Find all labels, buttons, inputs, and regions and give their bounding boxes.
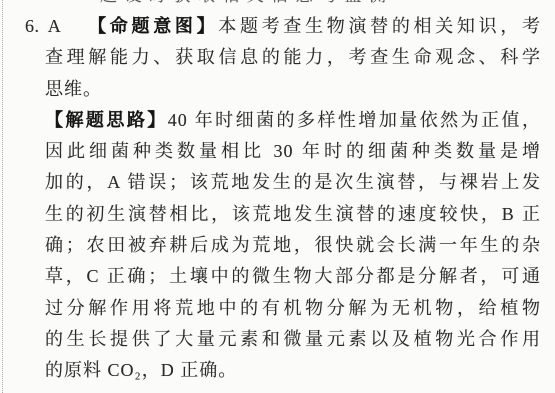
text-line: 6. A 【命题意图】本题考查生物演替的相关知识，考 <box>0 11 555 42</box>
text-line: 【解题思路】40 年时细菌的多样性增加量依然为正值， <box>0 105 555 136</box>
answer-letter: A <box>48 16 62 36</box>
text-line: 过分解作用将荒地中的有机物分解为无机物，给植物 <box>0 293 555 324</box>
text-line: 的原料 CO₂，D 正确。 <box>0 355 555 386</box>
clipped-line-text: 题设时获取相关信息与监测 <box>100 0 390 6</box>
scanned-answer-page: 题设时获取相关信息与监测 6. A 【命题意图】本题考查生物演替的相关知识，考 … <box>0 0 555 393</box>
line-text: 草，C 正确；土壤中的微生物大部分都是分解者，可通 <box>45 266 541 286</box>
text-line: 草，C 正确；土壤中的微生物大部分都是分解者，可通 <box>0 261 555 292</box>
line-text: 因此细菌种类数量相比 30 年时的细菌种类数量是增 <box>45 141 541 161</box>
line-text: 的原料 CO₂，D 正确。 <box>45 360 237 380</box>
intent-label: 【命题意图】 <box>85 16 218 36</box>
line-text: 本题考查生物演替的相关知识，考 <box>218 16 541 36</box>
analysis-label: 【解题思路】 <box>45 110 168 130</box>
answer-item-6: 6. A 【命题意图】本题考查生物演替的相关知识，考 查理解能力、获取信息的能力… <box>0 11 555 387</box>
line-text: 加的，A 错误；该荒地发生的是次生演替，与裸岩上发 <box>45 172 541 192</box>
question-number: 6. <box>25 16 40 36</box>
line-text: 查理解能力、获取信息的能力，考查生命观念、科学 <box>45 47 541 67</box>
text-line: 确；农田被弃耕后成为荒地，很快就会长满一年生的杂 <box>0 230 555 261</box>
line-text: 的生长提供了大量元素和微量元素以及植物光合作用 <box>45 329 541 349</box>
line-text: 40 年时细菌的多样性增加量依然为正值， <box>168 110 541 130</box>
line-text: 确；农田被弃耕后成为荒地，很快就会长满一年生的杂 <box>45 235 541 255</box>
line-text: 思维。 <box>45 79 102 99</box>
line-text: 过分解作用将荒地中的有机物分解为无机物，给植物 <box>45 298 541 318</box>
clipped-previous-line: 题设时获取相关信息与监测 <box>100 0 390 7</box>
text-line: 的生长提供了大量元素和微量元素以及植物光合作用 <box>0 324 555 355</box>
text-line: 加的，A 错误；该荒地发生的是次生演替，与裸岩上发 <box>0 167 555 198</box>
text-line: 生的初生演替相比，该荒地发生演替的速度较快，B 正 <box>0 199 555 230</box>
text-line: 思维。 <box>0 74 555 105</box>
text-line: 查理解能力、获取信息的能力，考查生命观念、科学 <box>0 42 555 73</box>
line-text: 生的初生演替相比，该荒地发生演替的速度较快，B 正 <box>45 204 541 224</box>
text-line: 因此细菌种类数量相比 30 年时的细菌种类数量是增 <box>0 136 555 167</box>
